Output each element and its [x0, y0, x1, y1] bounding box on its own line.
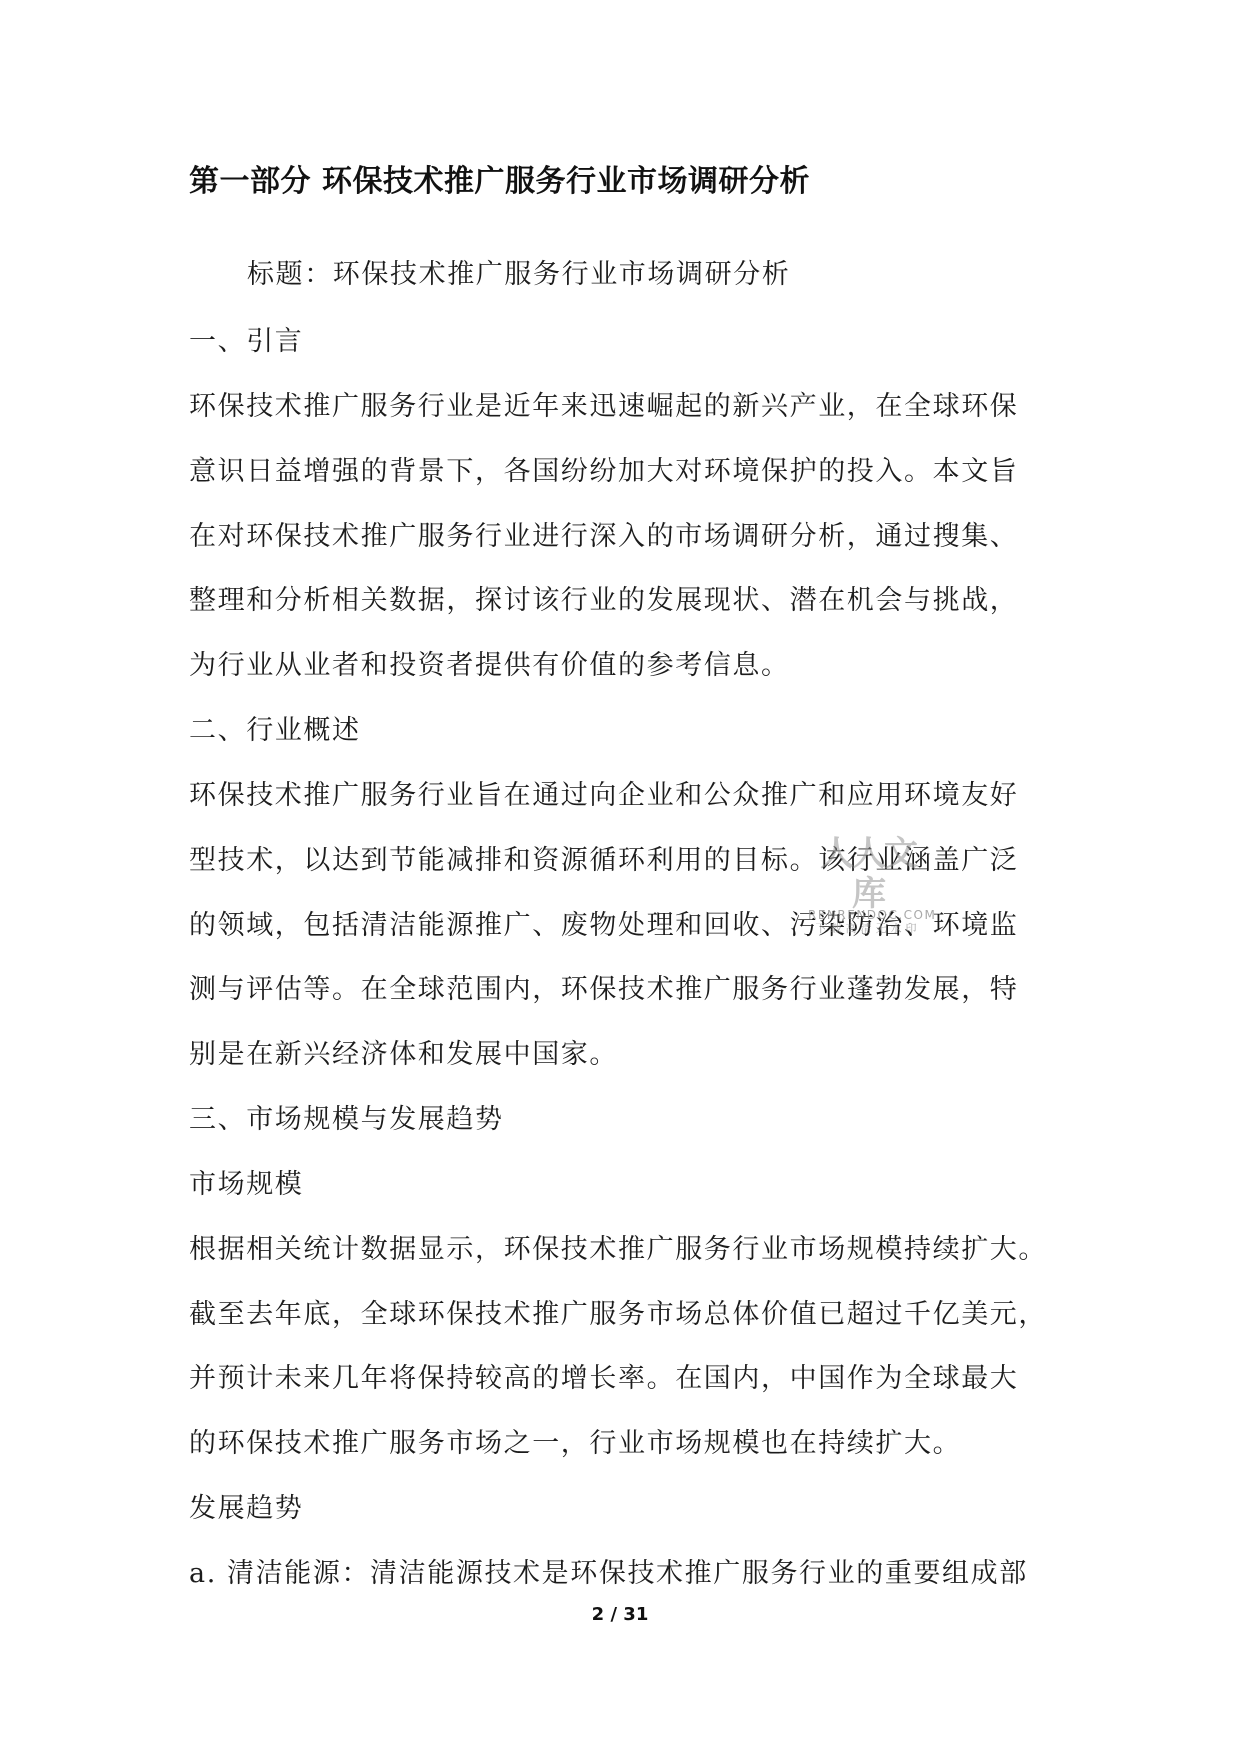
section-title: 第一部分 环保技术推广服务行业市场调研分析: [189, 162, 810, 202]
document-subtitle: 标题：环保技术推广服务行业市场调研分析: [247, 255, 790, 295]
paragraph-line: 截至去年底，全球环保技术推广服务市场总体价值已超过千亿美元，: [189, 1295, 1047, 1335]
paragraph-line: 整理和分析相关数据，探讨该行业的发展现状、潜在机会与挑战，: [189, 581, 1018, 621]
heading-industry-overview: 二、行业概述: [189, 711, 361, 751]
paragraph-line: 别是在新兴经济体和发展中国家。: [189, 1035, 618, 1075]
paragraph-line: 的领域，包括清洁能源推广、废物处理和回收、污染防治、环境监: [189, 906, 1018, 946]
paragraph-line: 环保技术推广服务行业旨在通过向企业和公众推广和应用环境友好: [189, 776, 1018, 816]
paragraph-line: 为行业从业者和投资者提供有价值的参考信息。: [189, 646, 790, 686]
paragraph-line: 根据相关统计数据显示，环保技术推广服务行业市场规模持续扩大。: [189, 1230, 1047, 1270]
heading-introduction: 一、引言: [189, 322, 303, 362]
paragraph-line: 在对环保技术推广服务行业进行深入的市场调研分析，通过搜集、: [189, 517, 1018, 557]
paragraph-line: 意识日益增强的背景下，各国纷纷加大对环境保护的投入。本文旨: [189, 452, 1018, 492]
page-number: 2 / 31: [0, 1604, 1240, 1625]
paragraph-line: 型技术，以达到节能减排和资源循环利用的目标。该行业涵盖广泛: [189, 841, 1018, 881]
subheading-development-trends: 发展趋势: [189, 1489, 303, 1529]
subheading-market-size: 市场规模: [189, 1165, 303, 1205]
document-page: 第一部分 环保技术推广服务行业市场调研分析 标题：环保技术推广服务行业市场调研分…: [0, 0, 1240, 1753]
paragraph-line: 的环保技术推广服务市场之一，行业市场规模也在持续扩大。: [189, 1424, 961, 1464]
list-item-clean-energy: a. 清洁能源：清洁能源技术是环保技术推广服务行业的重要组成部: [189, 1554, 1028, 1594]
heading-market-size-trends: 三、市场规模与发展趋势: [189, 1100, 504, 1140]
paragraph-line: 环保技术推广服务行业是近年来迅速崛起的新兴产业，在全球环保: [189, 387, 1018, 427]
paragraph-line: 测与评估等。在全球范围内，环保技术推广服务行业蓬勃发展，特: [189, 970, 1018, 1010]
paragraph-line: 并预计未来几年将保持较高的增长率。在国内，中国作为全球最大: [189, 1359, 1018, 1399]
